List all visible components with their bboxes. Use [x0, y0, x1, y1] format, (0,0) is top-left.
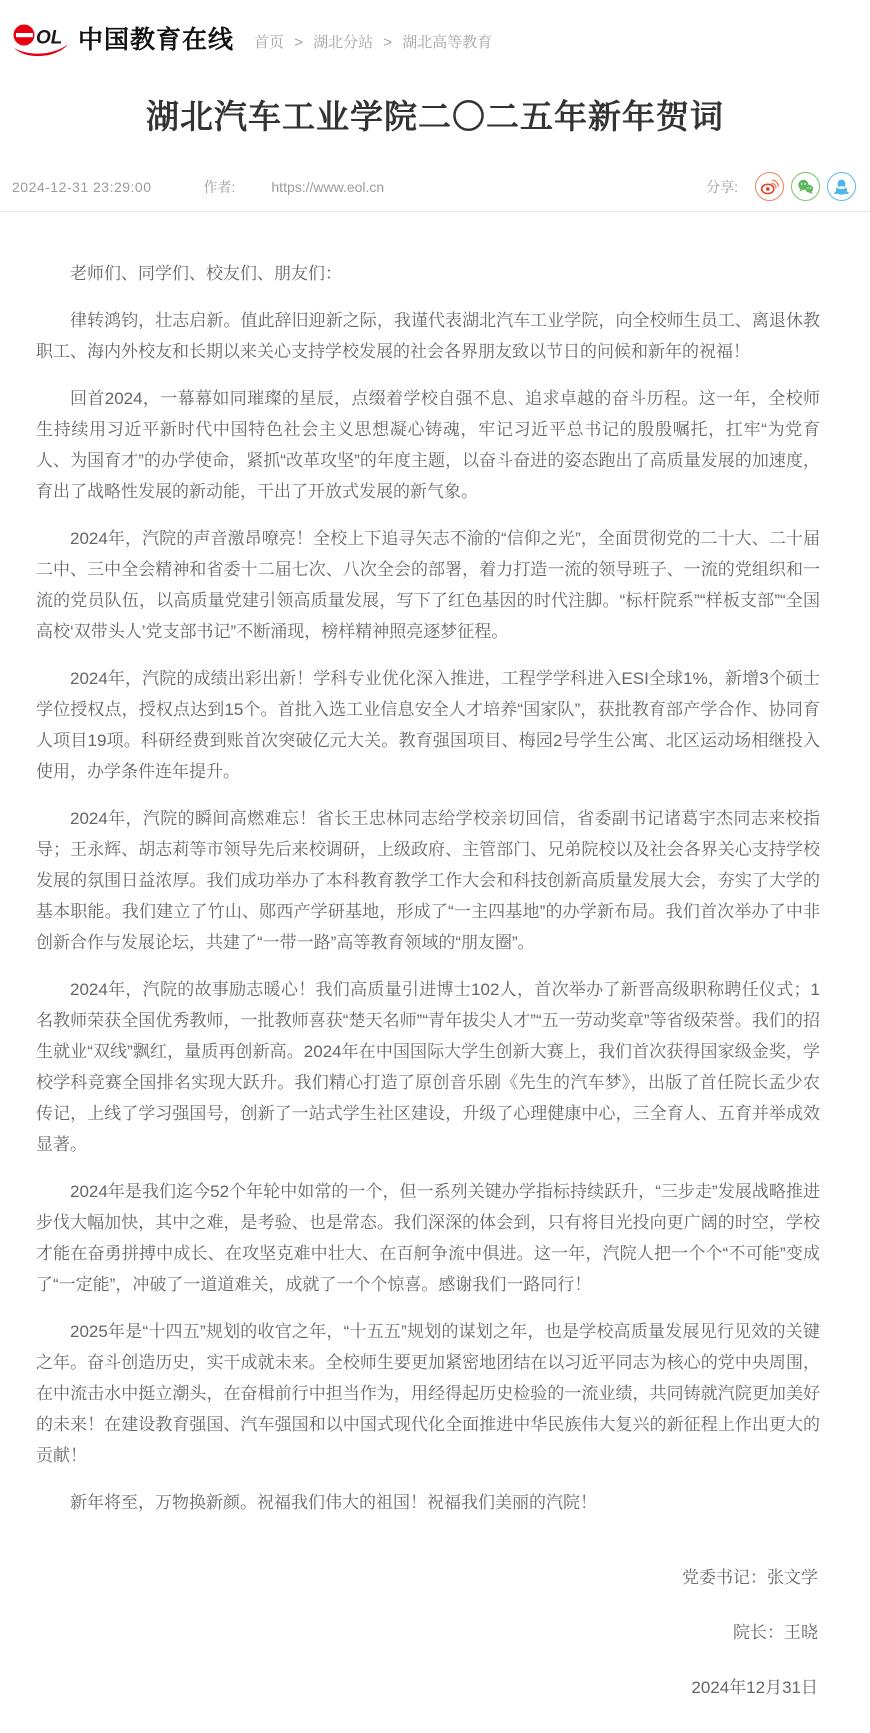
share-label: 分享:	[706, 177, 738, 197]
breadcrumb-home[interactable]: 首页	[254, 34, 284, 51]
weibo-share-icon[interactable]	[755, 172, 784, 201]
signature-party-secretary: 党委书记：张文学	[36, 1562, 818, 1593]
signature-president: 院长：王晓	[36, 1617, 818, 1648]
article-paragraph: 2024年，汽院的瞬间高燃难忘！省长王忠林同志给学校亲切回信，省委副书记诸葛宇杰…	[36, 803, 820, 958]
article-paragraph: 2024年，汽院的成绩出彩出新！学科专业优化深入推进，工程学学科进入ESI全球1…	[36, 663, 820, 787]
article-body: 老师们、同学们、校友们、朋友们： 律转鸿钧，壮志启新。值此辞旧迎新之际，我谨代表…	[0, 212, 870, 1518]
breadcrumb: 首页 > 湖北分站 > 湖北高等教育	[254, 31, 492, 58]
article-paragraph: 老师们、同学们、校友们、朋友们：	[36, 258, 820, 289]
breadcrumb-hubei-higher-education[interactable]: 湖北高等教育	[402, 34, 492, 51]
breadcrumb-hubei-branch[interactable]: 湖北分站	[313, 34, 373, 51]
author-label: 作者:	[204, 177, 236, 197]
svg-text:OL: OL	[36, 28, 62, 49]
article-title: 湖北汽车工业学院二〇二五年新年贺词	[0, 94, 870, 140]
signature-block: 党委书记：张文学 院长：王晓 2024年12月31日	[0, 1534, 870, 1733]
site-logo[interactable]: OL 中国教育在线	[12, 18, 234, 58]
eol-logo-icon: OL	[12, 18, 70, 58]
source-url-link[interactable]: https://www.eol.cn	[271, 179, 384, 195]
qq-share-icon[interactable]	[827, 172, 856, 201]
publish-datetime: 2024-12-31 23:29:00	[12, 179, 152, 195]
share-bar: 分享:	[706, 172, 856, 201]
breadcrumb-separator: >	[383, 34, 392, 51]
site-header: OL 中国教育在线 首页 > 湖北分站 > 湖北高等教育	[0, 0, 870, 64]
article-meta-row: 2024-12-31 23:29:00 作者: https://www.eol.…	[0, 164, 870, 212]
signature-date: 2024年12月31日	[36, 1672, 818, 1703]
article-paragraph: 回首2024，一幕幕如同璀璨的星辰，点缀着学校自强不息、追求卓越的奋斗历程。这一…	[36, 383, 820, 507]
breadcrumb-separator: >	[294, 34, 303, 51]
wechat-share-icon[interactable]	[791, 172, 820, 201]
article-paragraph: 新年将至，万物换新颜。祝福我们伟大的祖国！祝福我们美丽的汽院！	[36, 1487, 820, 1518]
article-paragraph: 2024年，汽院的故事励志暖心！我们高质量引进博士102人，首次举办了新晋高级职…	[36, 974, 820, 1160]
article-paragraph: 2025年是“十四五”规划的收官之年，“十五五”规划的谋划之年，也是学校高质量发…	[36, 1316, 820, 1471]
article-paragraph: 2024年，汽院的声音激昂嘹亮！全校上下追寻矢志不渝的“信仰之光”，全面贯彻党的…	[36, 523, 820, 647]
article-paragraph: 2024年是我们迄今52个年轮中如常的一个，但一系列关键办学指标持续跃升，“三步…	[36, 1176, 820, 1300]
article-paragraph: 律转鸿钧，壮志启新。值此辞旧迎新之际，我谨代表湖北汽车工业学院，向全校师生员工、…	[36, 305, 820, 367]
site-name: 中国教育在线	[78, 25, 234, 58]
